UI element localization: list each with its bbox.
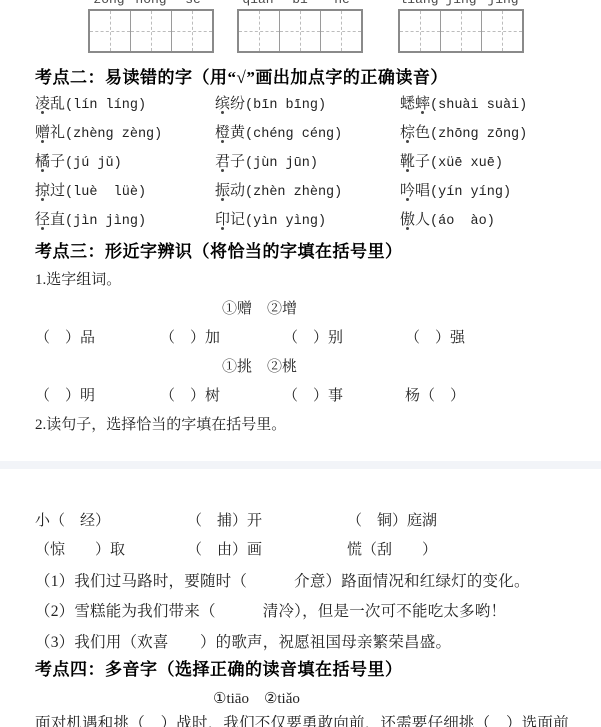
blank-item: （ ）别: [283, 326, 405, 347]
blank-item: 杨（ ）: [405, 384, 601, 405]
choice-pair-tiao-pinyin: ①tiāo ②tiǎo: [213, 687, 300, 708]
word-post: 子: [230, 154, 245, 170]
pinyin-reading: (jùn jūn): [245, 156, 318, 171]
pinyin-syllable: sè: [172, 0, 214, 7]
pinyin-reading: (shuài suài): [430, 98, 527, 113]
blank-item: （ ）事: [283, 384, 405, 405]
word-post: 直: [50, 212, 65, 228]
dotted-char: 橘: [35, 154, 50, 170]
word-item: 蟋蟀(shuài suài): [400, 90, 595, 119]
dotted-char: 赠: [35, 125, 50, 141]
word-item: 君子(jùn jūn): [215, 148, 400, 177]
subtask-1-label: 1.选字组词。: [35, 268, 121, 289]
word-item: 缤纷(bīn bīng): [215, 90, 400, 119]
pinyin-reading: (jú jǔ): [65, 156, 122, 171]
pinyin-syllable: hé: [321, 0, 363, 7]
blank-item: （ ）品: [35, 326, 160, 347]
word-item: 振动(zhèn zhèng): [215, 177, 400, 206]
pinyin-reading: (yìn yìng): [245, 214, 326, 229]
pinyin-syllable: liàng: [398, 0, 440, 7]
pinyin-label-row: qiān bǐ hé: [237, 0, 363, 7]
pair-row: 小（ 经） （ 捕）开 （ 铜）庭湖: [35, 509, 601, 530]
word-post: 唱: [415, 183, 430, 199]
easily-misread-words-grid: 凌乱(lín líng) 缤纷(bīn bīng) 蟋蟀(shuài suài)…: [35, 90, 595, 235]
pinyin-reading: (chéng céng): [245, 127, 342, 142]
pinyin-reading: (xüē xuē): [430, 156, 503, 171]
writing-grid: liàng jīng jīng: [398, 0, 524, 53]
pair-item: （ 由）画: [187, 538, 347, 559]
grid-cell: [482, 11, 522, 51]
blank-row: （ ）明 （ ）树 （ ）事 杨（ ）: [35, 384, 601, 405]
pair-item: （ 铜）庭湖: [347, 509, 601, 530]
blank-item: （ ）明: [35, 384, 160, 405]
pair-item: （ 捕）开: [187, 509, 347, 530]
grid-cell: [172, 11, 212, 51]
sentence-4: 面对机遇和挑（ ）战时，我们不仅要勇敢向前，还需要仔细挑（ ）选面前: [35, 711, 569, 727]
character-box-group: [237, 9, 363, 53]
grid-cell: [90, 11, 131, 51]
pinyin-syllable: jīng: [482, 0, 524, 7]
pinyin-syllable: qiān: [237, 0, 279, 7]
blank-item: （ ）树: [160, 384, 283, 405]
dotted-char: 靴: [400, 154, 415, 170]
word-post: 礼: [50, 125, 65, 141]
word-post: 记: [230, 212, 245, 228]
blank-row: （ ）品 （ ）加 （ ）别 （ ）强: [35, 326, 601, 347]
dotted-char: 蟀: [415, 96, 430, 112]
word-post: 纷: [230, 96, 245, 112]
word-item: 印记(yìn yìng): [215, 206, 400, 235]
word-item: 吟唱(yín yíng): [400, 177, 595, 206]
worksheet-page: zōng hóng sè qiān bǐ hé liàng jīng jīng: [0, 0, 601, 727]
dotted-char: 橙: [215, 125, 230, 141]
blank-item: （ ）加: [160, 326, 283, 347]
pinyin-reading: (zhōng zōng): [430, 127, 527, 142]
grid-cell: [131, 11, 172, 51]
grid-cell: [321, 11, 361, 51]
word-post: 人: [415, 212, 430, 228]
choice-pair-zeng: ①赠 ②增: [222, 297, 297, 318]
dotted-char: 君: [215, 154, 230, 170]
word-post: 子: [50, 154, 65, 170]
word-post: 动: [230, 183, 245, 199]
pair-row: （惊 ）取 （ 由）画 慌（刮 ）: [35, 538, 601, 559]
blank-item: （ ）强: [405, 326, 601, 347]
section-three-heading: 考点三：形近字辨识（将恰当的字填在括号里）: [35, 237, 403, 262]
dotted-char: 吟: [400, 183, 415, 199]
writing-grid: zōng hóng sè: [88, 0, 214, 53]
pinyin-syllable: zōng: [88, 0, 130, 7]
word-item: 傲人(áo ào): [400, 206, 595, 235]
pair-item: （惊 ）取: [35, 538, 187, 559]
word-item: 靴子(xüē xuē): [400, 148, 595, 177]
pinyin-syllable: bǐ: [279, 0, 321, 7]
word-item: 掠过(luè lüè): [35, 177, 215, 206]
dotted-char: 凌: [35, 96, 50, 112]
sentence-1: （1）我们过马路时，要随时（ 介意）路面情况和红绿灯的变化。: [35, 569, 530, 591]
pinyin-syllable: hóng: [130, 0, 172, 7]
word-post: 色: [415, 125, 430, 141]
section-two-heading: 考点二：易读错的字（用“√”画出加点字的正确读音）: [35, 63, 448, 88]
pinyin-syllable: jīng: [440, 0, 482, 7]
grid-cell: [239, 11, 280, 51]
pinyin-reading: (áo ào): [430, 214, 495, 229]
dotted-char: 振: [215, 183, 230, 199]
pinyin-label-row: liàng jīng jīng: [398, 0, 524, 7]
pinyin-reading: (zhèn zhèng): [245, 185, 342, 200]
grid-cell: [400, 11, 441, 51]
subtask-2-label: 2.读句子，选择恰当的字填在括号里。: [35, 413, 286, 434]
grid-cell: [441, 11, 482, 51]
word-item: 橙黄(chéng céng): [215, 119, 400, 148]
page-separator: [0, 461, 601, 469]
word-item: 径直(jìn jìng): [35, 206, 215, 235]
character-box-group: [398, 9, 524, 53]
sentence-2: （2）雪糕能为我们带来（ 清冷），但是一次可不能吃太多哟！: [35, 599, 506, 621]
dotted-char: 缤: [215, 96, 230, 112]
section-four-heading: 考点四：多音字（选择正确的读音填在括号里）: [35, 655, 403, 680]
word-post: 黄: [230, 125, 245, 141]
word-post: 子: [415, 154, 430, 170]
character-box-group: [88, 9, 214, 53]
pinyin-reading: (zhèng zèng): [65, 127, 162, 142]
pinyin-reading: (bīn bīng): [245, 98, 326, 113]
dotted-char: 傲: [400, 212, 415, 228]
pinyin-reading: (luè lüè): [65, 185, 146, 200]
writing-grid: qiān bǐ hé: [237, 0, 363, 53]
pinyin-label-row: zōng hóng sè: [88, 0, 214, 7]
dotted-char: 印: [215, 212, 230, 228]
word-item: 凌乱(lín líng): [35, 90, 215, 119]
word-pre: 蟋: [400, 96, 415, 112]
choice-pair-tiao: ①挑 ②桃: [222, 355, 297, 376]
pinyin-reading: (jìn jìng): [65, 214, 146, 229]
word-item: 棕色(zhōng zōng): [400, 119, 595, 148]
dotted-char: 掠: [35, 183, 50, 199]
dotted-char: 棕: [400, 125, 415, 141]
word-item: 赠礼(zhèng zèng): [35, 119, 215, 148]
grid-cell: [280, 11, 321, 51]
word-item: 橘子(jú jǔ): [35, 148, 215, 177]
pinyin-reading: (yín yíng): [430, 185, 511, 200]
sentence-3: （3）我们用（欢喜 ）的歌声，祝愿祖国母亲繁荣昌盛。: [35, 630, 451, 652]
word-post: 乱: [50, 96, 65, 112]
pair-item: 慌（刮 ）: [347, 538, 601, 559]
pinyin-reading: (lín líng): [65, 98, 146, 113]
pair-item: 小（ 经）: [35, 509, 187, 530]
word-post: 过: [50, 183, 65, 199]
dotted-char: 径: [35, 212, 50, 228]
